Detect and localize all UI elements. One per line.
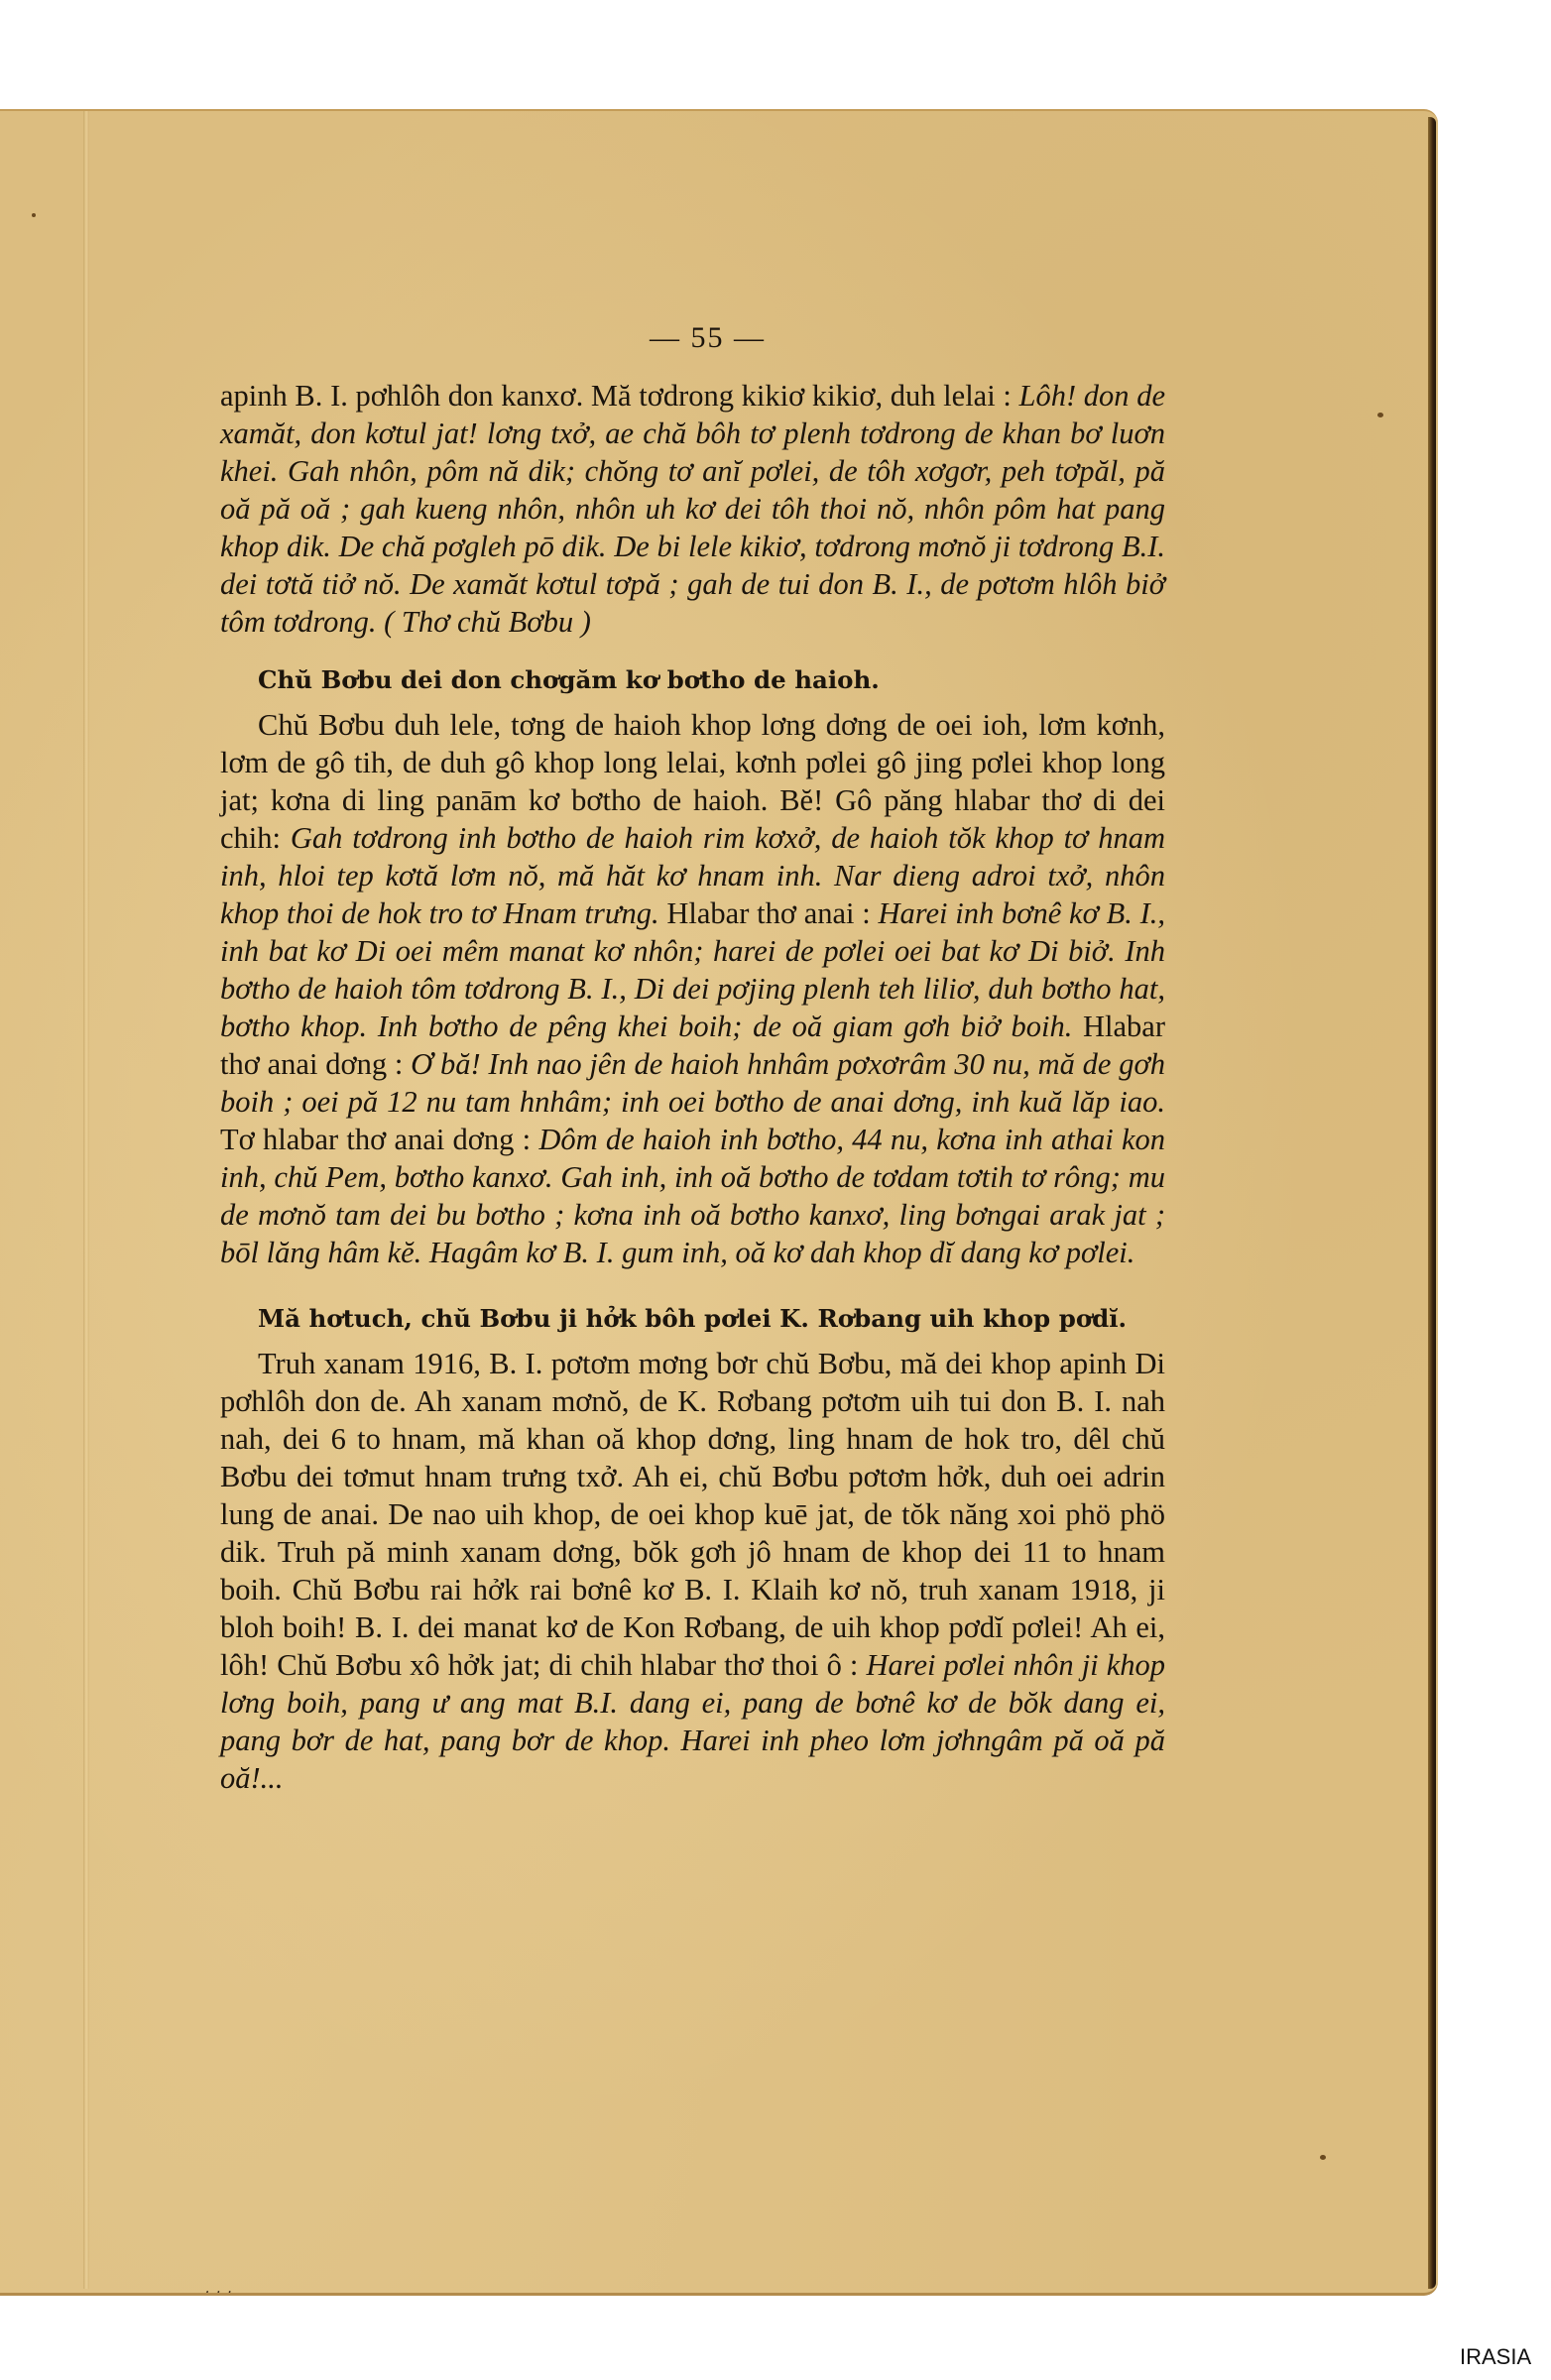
paragraph-section-2: Truh xanam 1916, B. I. pơtơm mơng bơr ch… [220,1345,1165,1797]
body-text: apinh B. I. pơhlôh don kanxơ. Mă tơdrong… [220,379,1019,413]
section-heading-1: Chŭ Bơbu dei don chơgăm kơ bơtho de haio… [258,662,1183,698]
ink-spot [32,213,36,217]
bottom-edge-marking: ⸱ ⸱ ⸱ [204,2283,232,2302]
binding-edge [1428,117,1436,2289]
fold-crease [83,111,89,2289]
ink-spot [1377,413,1383,417]
ink-spot [1320,2155,1326,2160]
body-text: Hlabar thơ anai : [659,896,879,930]
quoted-letter-text: Lôh! don de xamăt, don kơtul jat! lơng t… [220,379,1165,639]
section-heading-2: Mă hơtuch, chŭ Bơbu ji hởk bôh pơlei K. … [258,1301,1183,1337]
watermark-label: IRASIA [1460,2344,1531,2370]
document-text-column: — 55 — apinh B. I. pơhlôh don kanxơ. Mă … [220,319,1165,1797]
body-text: Tơ hlabar thơ anai dơng : [220,1123,538,1156]
paragraph-intro: apinh B. I. pơhlôh don kanxơ. Mă tơdrong… [220,377,1165,641]
paragraph-section-1: Chŭ Bơbu duh lele, tơng de haioh khop lơ… [220,706,1165,1271]
body-text: Truh xanam 1916, B. I. pơtơm mơng bơr ch… [220,1347,1165,1682]
page-number: — 55 — [220,319,1165,357]
